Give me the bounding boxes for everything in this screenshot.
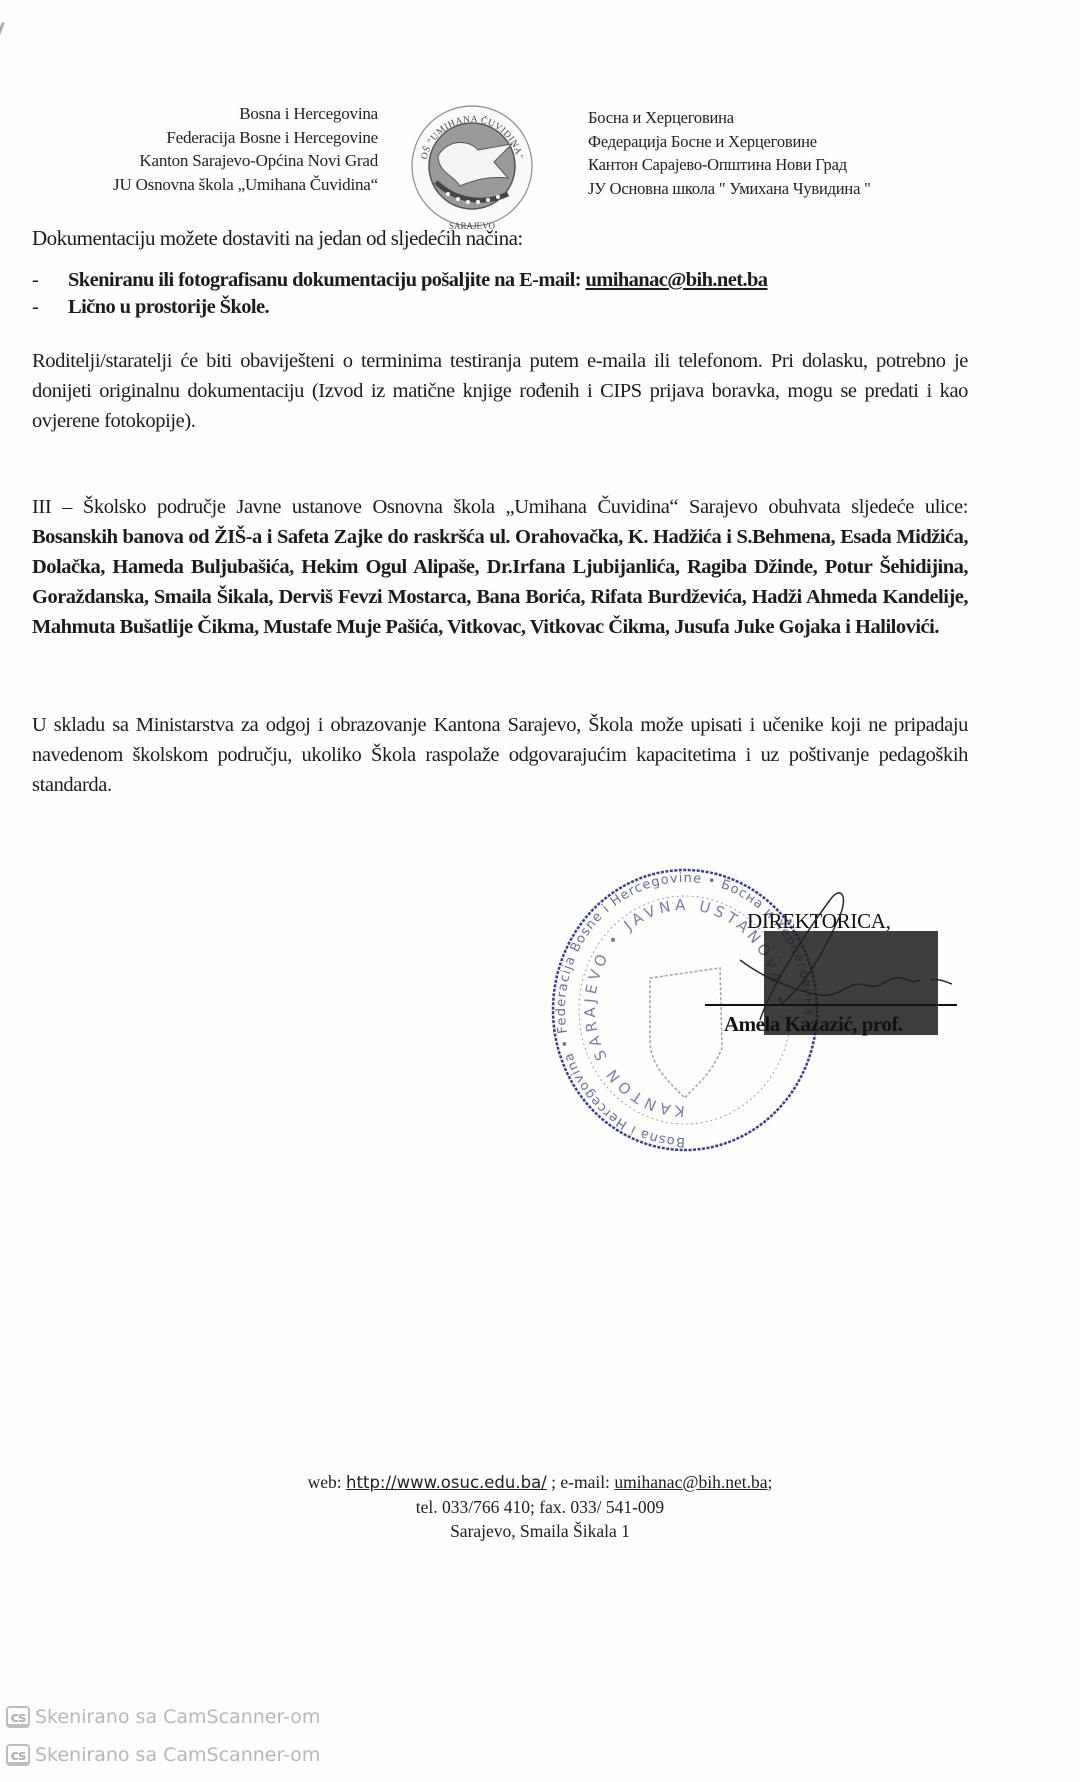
letterhead-cyrillic-line: ЈУ Основна школа " Умихана Чувидина " [588, 177, 871, 201]
letterhead-cyrillic: Босна и Херцеговина Федерација Босне и Х… [588, 106, 871, 200]
footer-address: Sarajevo, Smaila Šikala 1 [0, 1519, 1080, 1543]
letterhead-latin-line: Kanton Sarajevo-Općina Novi Grad [113, 149, 378, 173]
ministry-paragraph: U skladu sa Ministarstva za odgoj i obra… [32, 710, 968, 800]
letterhead-latin-line: JU Osnovna škola „Umihana Čuvidina“ [113, 173, 378, 197]
footer-web-email-line: web: http://www.osuc.edu.ba/ ; e-mail: u… [0, 1470, 1080, 1495]
footer-phone-line: tel. 033/766 410; fax. 033/ 541-009 [0, 1495, 1080, 1519]
bullet-dash: - [32, 294, 68, 321]
letterhead-cyrillic-line: Федерација Босне и Херцеговине [588, 130, 871, 154]
letterhead-latin-line: Federacija Bosne i Hercegovine [113, 126, 378, 150]
list-item: -Lično u prostorije Škole. [32, 294, 767, 321]
camscanner-text: Skenirano sa CamScanner-om [35, 1706, 320, 1728]
delivery-item-text: Skeniranu ili fotografisanu dokumentacij… [68, 269, 585, 291]
website-link[interactable]: http://www.osuc.edu.ba/ [346, 1473, 547, 1492]
footer-email-label: ; e-mail: [547, 1472, 615, 1492]
letterhead-latin: Bosna i Hercegovina Federacija Bosne i H… [113, 102, 378, 196]
camscanner-logo-icon: cs [6, 1744, 30, 1766]
delivery-intro: Dokumentaciju možete dostaviti na jedan … [32, 226, 523, 251]
school-area-streets: Bosanskih banova od ŽIŠ-a i Safeta Zajke… [32, 526, 968, 638]
camscanner-logo-icon: cs [6, 1706, 30, 1728]
delivery-methods-list: -Skeniranu ili fotografisanu dokumentaci… [32, 267, 767, 321]
pen-stroke-mark [0, 22, 5, 111]
footer-web-label: web: [308, 1472, 346, 1492]
letterhead-latin-line: Bosna i Hercegovina [113, 102, 378, 126]
school-area-paragraph: III – Školsko područje Javne ustanove Os… [32, 492, 968, 642]
letterhead-cyrillic-line: Босна и Херцеговина [588, 106, 871, 130]
signatory-name: Amela Kazazić, prof. [724, 1012, 903, 1037]
camscanner-watermark: cs Skenirano sa CamScanner-om [6, 1706, 320, 1728]
footer-contact: web: http://www.osuc.edu.ba/ ; e-mail: u… [0, 1470, 1080, 1543]
camscanner-text: Skenirano sa CamScanner-om [35, 1744, 320, 1766]
delivery-item-text: Lično u prostorije Škole. [68, 296, 269, 318]
footer-email-suffix: ; [767, 1472, 772, 1492]
school-area-intro: III – Školsko područje Javne ustanove Os… [32, 496, 968, 518]
notice-paragraph: Roditelji/staratelji će biti obaviješten… [32, 346, 968, 436]
bullet-dash: - [32, 267, 68, 294]
email-link[interactable]: umihanac@bih.net.ba [585, 269, 767, 291]
camscanner-watermark: cs Skenirano sa CamScanner-om [6, 1744, 320, 1766]
footer-email-link[interactable]: umihanac@bih.net.ba [614, 1472, 767, 1492]
signature-line [705, 1004, 957, 1006]
list-item: -Skeniranu ili fotografisanu dokumentaci… [32, 267, 767, 294]
letterhead-cyrillic-line: Кантон Сарајево-Општина Нови Град [588, 153, 871, 177]
school-emblem-dove-icon: OŠ "UMIHANA ČUVIDINA" SARAJEVO [408, 98, 536, 234]
